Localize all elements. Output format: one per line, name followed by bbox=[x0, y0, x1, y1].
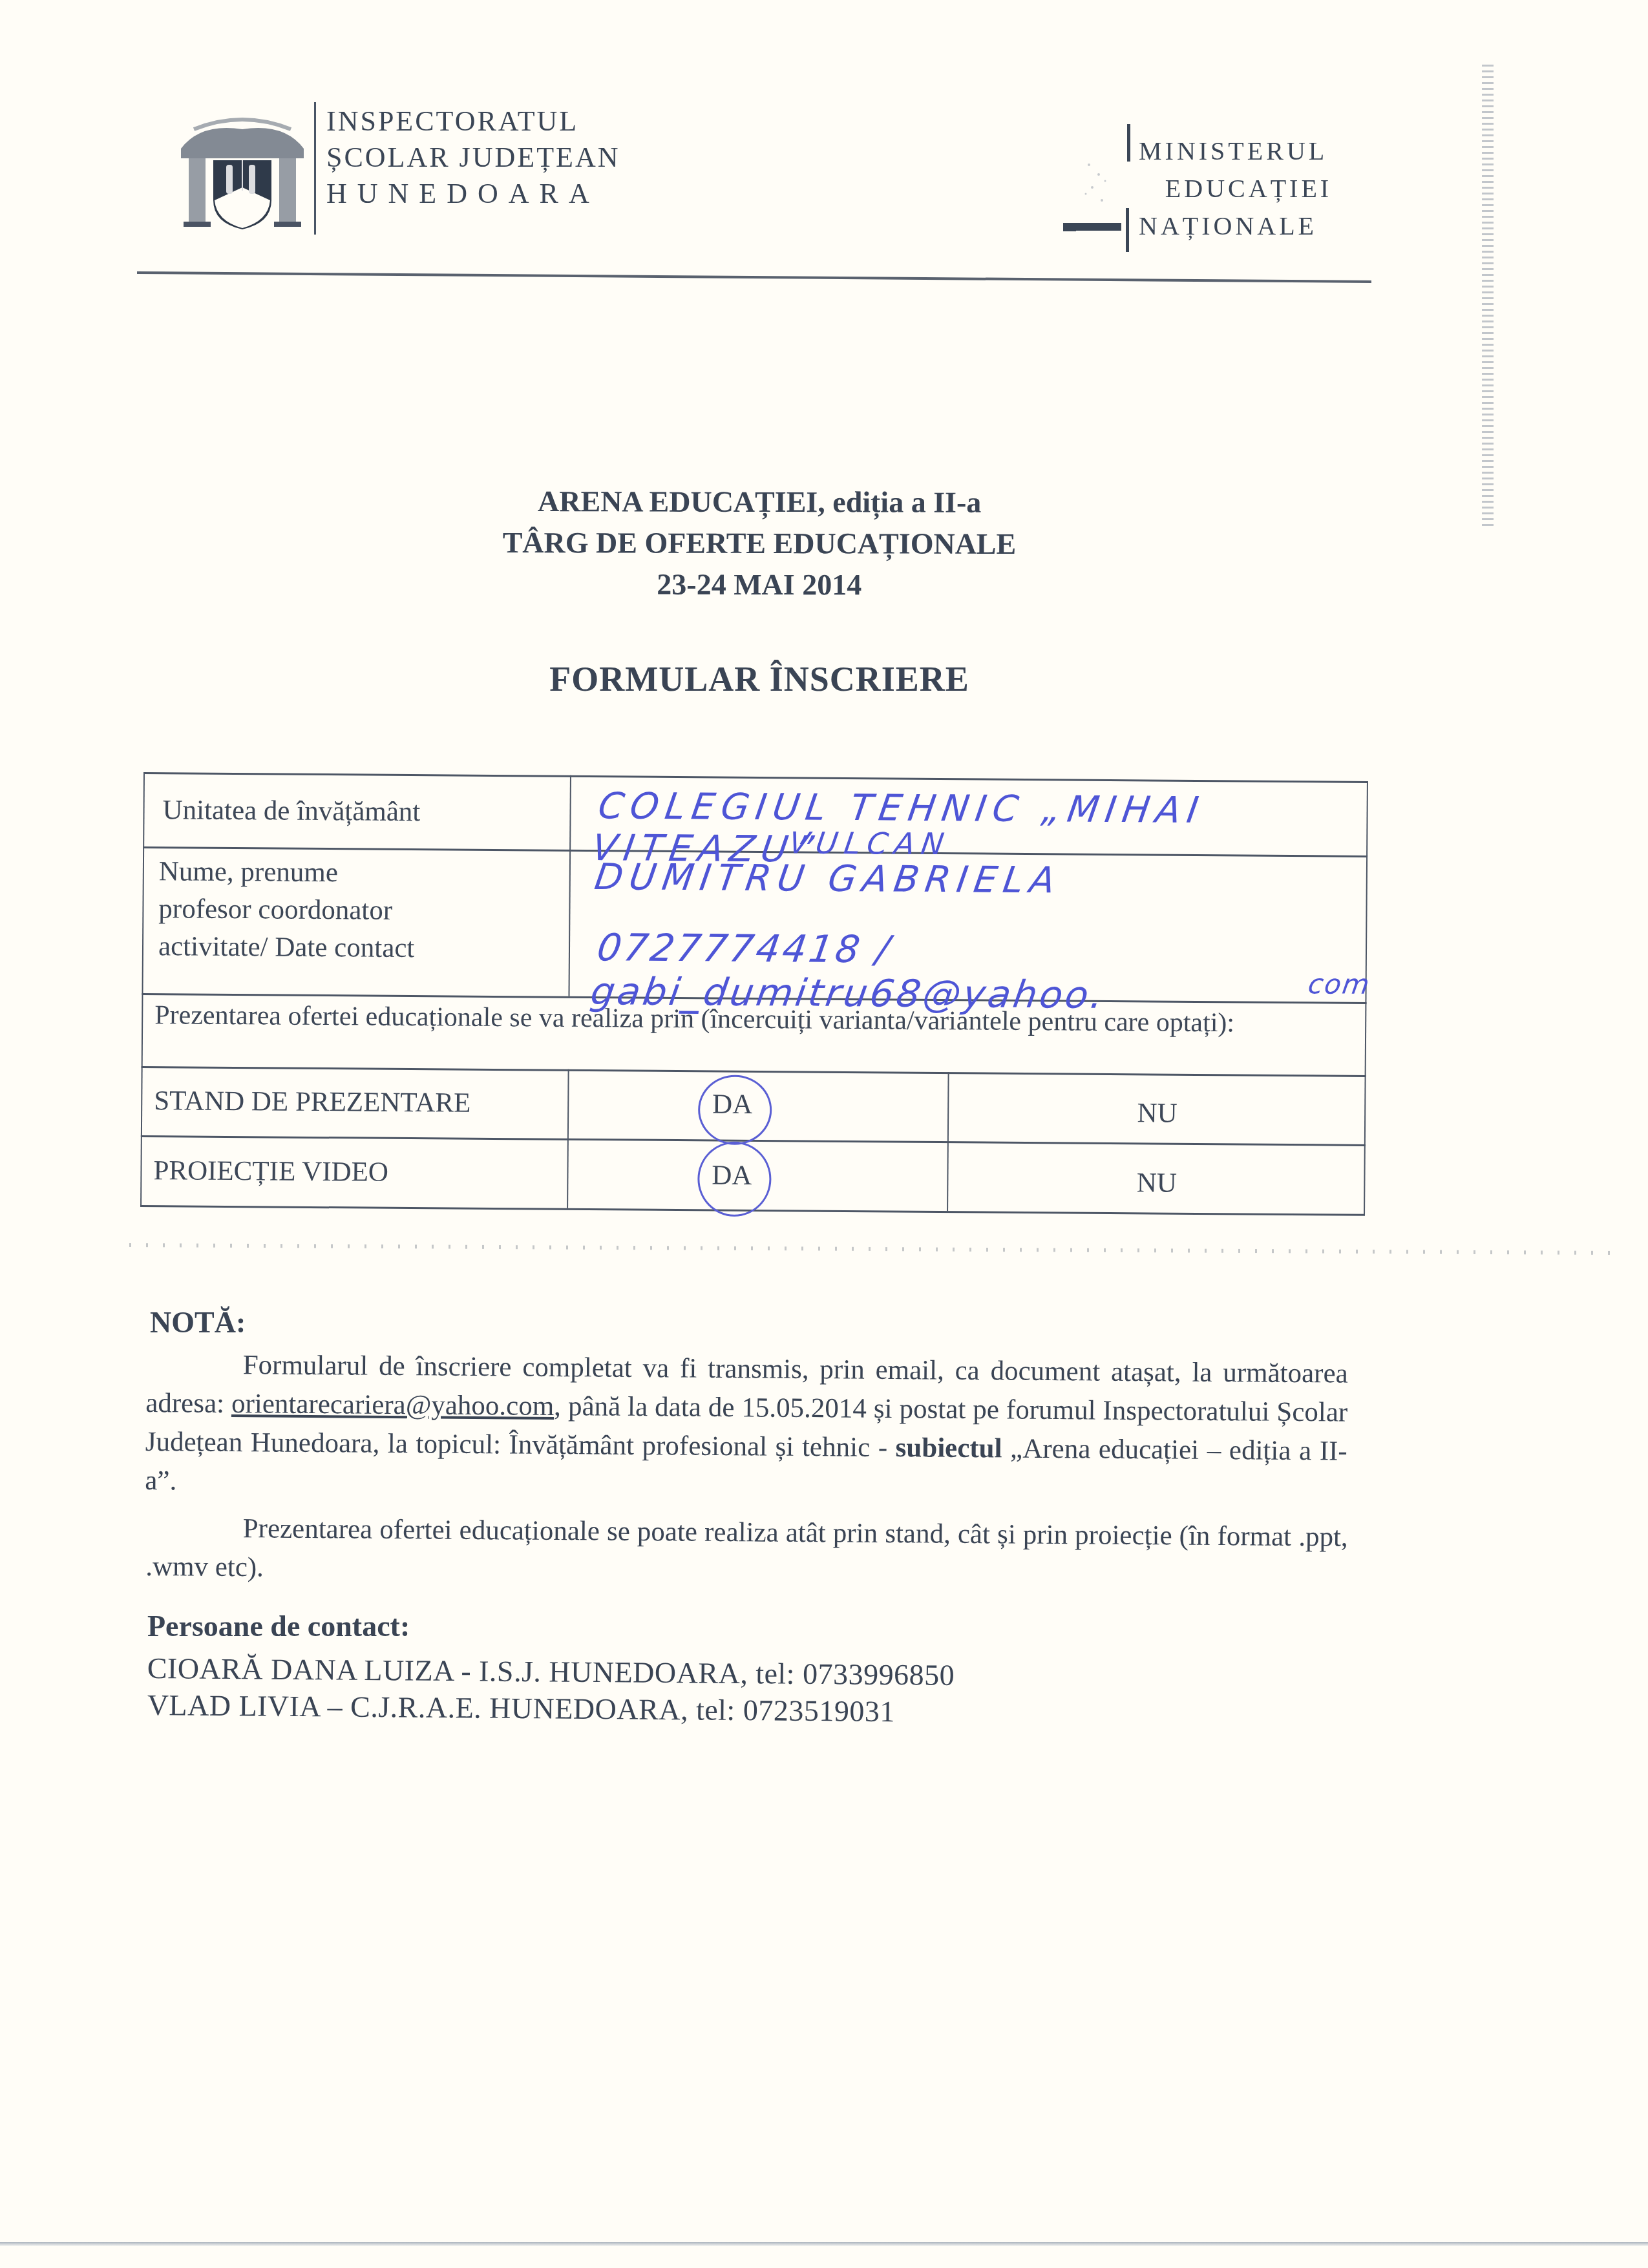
coordinator-name-value[interactable]: DUMITRU GABRIELA bbox=[592, 856, 1064, 901]
event-subtitle: TÂRG DE OFERTE EDUCAȚIONALE bbox=[362, 521, 1157, 565]
coordinator-contact-value-cont[interactable]: com bbox=[1306, 968, 1373, 1000]
label-line: Nume, prenume bbox=[159, 853, 416, 892]
column-divider bbox=[568, 775, 571, 996]
option-stand-no[interactable]: NU bbox=[949, 1096, 1366, 1131]
option-video-label: PROIECȚIE VIDEO bbox=[153, 1152, 388, 1192]
contact-person: VLAD LIVIA – C.J.R.A.E. HUNEDOARA, tel: … bbox=[147, 1688, 895, 1728]
table-border-left bbox=[140, 772, 145, 1206]
event-title: ARENA EDUCAȚIEI, ediția a II-a TÂRG DE O… bbox=[362, 480, 1157, 606]
header-separator bbox=[137, 271, 1371, 283]
ministry-name: MINISTERUL EDUCAȚIEI NAȚIONALE bbox=[1139, 132, 1358, 245]
label-line: activitate/ Date contact bbox=[158, 928, 415, 967]
table-border-top bbox=[143, 772, 1368, 783]
note-heading: NOTĂ: bbox=[150, 1305, 246, 1339]
label-line: profesor coordonator bbox=[158, 890, 415, 930]
registration-form-table: Unitatea de învățământ COLEGIUL TEHNIC „… bbox=[140, 772, 1368, 1261]
header-divider bbox=[314, 102, 316, 235]
scan-edge bbox=[0, 2242, 1648, 2246]
option-video-no[interactable]: NU bbox=[948, 1166, 1365, 1201]
contact-person: CIOARĂ DANA LUIZA - I.S.J. HUNEDOARA, te… bbox=[147, 1651, 955, 1692]
contacts-heading: Persoane de contact: bbox=[147, 1609, 410, 1643]
org-line-2: ȘCOLAR JUDEȚEAN bbox=[326, 140, 620, 176]
label-coordinator: Nume, prenume profesor coordonator activ… bbox=[158, 853, 416, 967]
note-text: Prezentarea ofertei educaționale se poat… bbox=[145, 1513, 1348, 1582]
row-divider bbox=[142, 1066, 1366, 1077]
note-bold-text: subiectul bbox=[896, 1433, 1002, 1464]
form-title: FORMULAR ÎNSCRIERE bbox=[362, 659, 1157, 699]
isj-hunedoara-crest-icon bbox=[174, 103, 310, 233]
option-stand-yes[interactable]: DA bbox=[697, 1088, 768, 1120]
ministry-line-1: MINISTERUL bbox=[1139, 132, 1358, 170]
school-unit-city-value[interactable]: VULCAN bbox=[787, 825, 953, 861]
isj-org-name: INSPECTORATUL ȘCOLAR JUDEȚEAN HUNEDOARA bbox=[326, 103, 620, 212]
org-line-1: INSPECTORATUL bbox=[326, 103, 620, 140]
option-stand-label: STAND DE PREZENTARE bbox=[154, 1082, 470, 1122]
scan-artifact bbox=[1482, 65, 1494, 530]
ministry-line-3: NAȚIONALE bbox=[1139, 207, 1358, 245]
note-paragraph-1: Formularul de înscriere completat va fi … bbox=[145, 1345, 1348, 1510]
org-line-3: HUNEDOARA bbox=[326, 176, 620, 212]
ministry-divider-bottom bbox=[1126, 208, 1129, 252]
label-school-unit: Unitatea de învățământ bbox=[162, 792, 420, 831]
event-edition: ARENA EDUCAȚIEI, ediția a II-a bbox=[362, 480, 1157, 523]
submission-email-link[interactable]: orientarecariera@yahoo.com bbox=[231, 1389, 555, 1422]
event-dates: 23-24 MAI 2014 bbox=[362, 563, 1157, 606]
ministry-divider-top bbox=[1127, 124, 1130, 162]
note-paragraph-2: Prezentarea ofertei educaționale se poat… bbox=[145, 1509, 1348, 1596]
option-video-yes[interactable]: DA bbox=[696, 1159, 767, 1192]
romanian-coat-of-arms-icon bbox=[1060, 152, 1144, 236]
ministry-line-2: EDUCAȚIEI bbox=[1139, 170, 1358, 207]
